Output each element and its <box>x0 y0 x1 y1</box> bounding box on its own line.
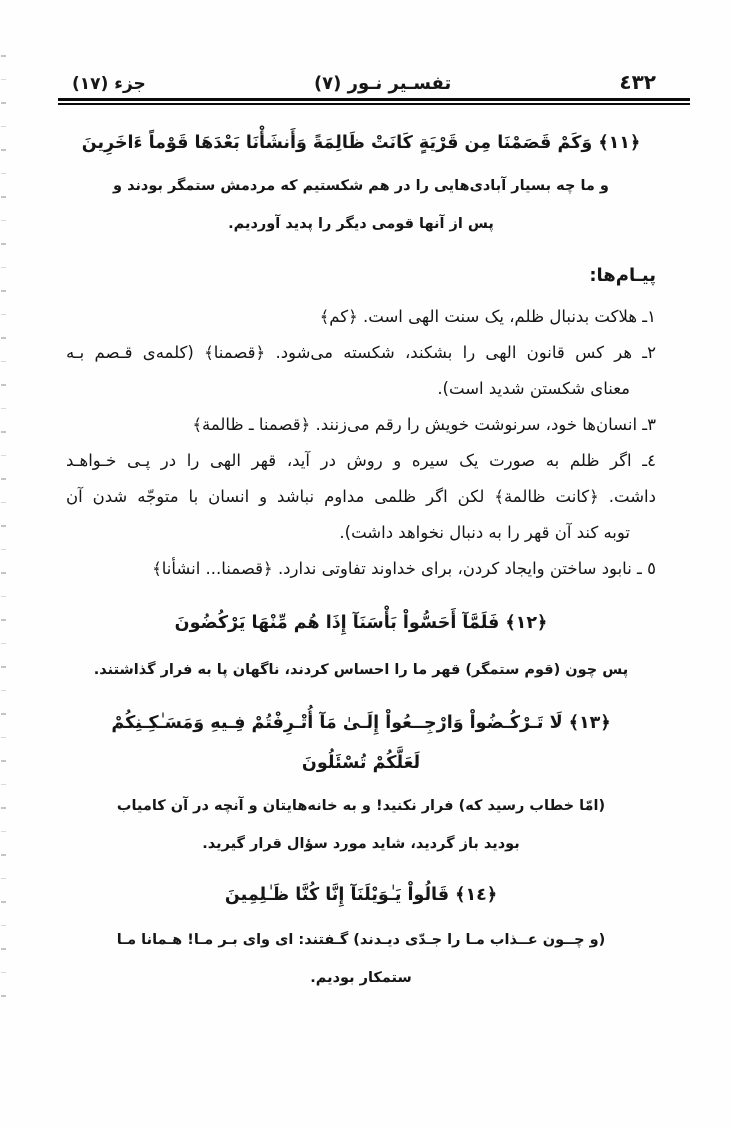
page-number: ٤٣٢ <box>619 70 656 94</box>
verse-line: ﴿١٣﴾ لَا تَـرْكُـضُواْ وَارْجِــعُواْ إِ… <box>66 703 656 743</box>
page-header: ٤٣٢ تفسـير نـور (٧) جزء (١٧) <box>0 0 730 98</box>
message-item-4: ٤ـ اگر ظلم به صورت یک سیره و روش در آید،… <box>66 443 656 551</box>
quran-verse-11: ﴿١١﴾ وَكَمْ قَصَمْنَا مِن قَرْيَةٍ كَانَ… <box>66 123 656 163</box>
message-item-5: ٥ ـ نابود ساختن وایجاد کردن، برای خداوند… <box>66 551 656 587</box>
message-line: توبه کند آن قهر را به دنبال نخواهد داشت)… <box>66 515 656 551</box>
quran-verse-12: ﴿١٢﴾ فَلَمَّآ أَحَسُّواْ بَأْسَنَآ إِذَا… <box>66 603 656 643</box>
translation-line: پس از آنها قومی دیگر را پدید آوردیم. <box>66 205 656 243</box>
verse-11-translation: و ما چه بسیار آبادی‌هایی را در هم شکستیم… <box>66 167 656 243</box>
translation-line: بودید باز گردید، شاید مورد سؤال قرار گیر… <box>66 825 656 863</box>
juz-label: جزء (١٧) <box>72 74 146 94</box>
translation-line: پس چون (قوم ستمگر) قهر ما را احساس کردند… <box>66 651 656 689</box>
message-item-3: ٣ـ انسان‌ها خود، سرنوشت خویش را رقم می‌ز… <box>66 407 656 443</box>
quran-verse-14: ﴿١٤﴾ قَالُواْ يَـٰوَيْلَنَآ إِنَّا كُنَّ… <box>66 875 656 915</box>
verse-line: ﴿١٢﴾ فَلَمَّآ أَحَسُّواْ بَأْسَنَآ إِذَا… <box>66 603 656 643</box>
message-line: ٢ـ هر کس قانون الهی را بشکند، شکسته می‌ش… <box>66 335 656 371</box>
message-line: ٣ـ انسان‌ها خود، سرنوشت خویش را رقم می‌ز… <box>66 407 656 443</box>
scanned-book-page: ٤٣٢ تفسـير نـور (٧) جزء (١٧) ﴿١١﴾ وَكَمْ… <box>0 0 730 1128</box>
translation-line: (و چــون عــذاب مـا را جـدّی دیـدند) گـف… <box>66 921 656 959</box>
verse-line: ﴿١٤﴾ قَالُواْ يَـٰوَيْلَنَآ إِنَّا كُنَّ… <box>66 875 656 915</box>
message-line: داشت. ﴿کانت ظالمة﴾ لکن اگر ظلمی مداوم نب… <box>66 479 656 515</box>
messages-heading: پیـام‌ها: <box>66 259 656 293</box>
scan-artifact-noise <box>1 55 6 1005</box>
verse-13-translation: (امّا خطاب رسید که) فرار نکنید! و به خان… <box>66 787 656 863</box>
message-line: ٤ـ اگر ظلم به صورت یک سیره و روش در آید،… <box>66 443 656 479</box>
translation-line: ستمکار بودیم. <box>66 959 656 997</box>
message-line: ١ـ هلاکت بدنبال ظلم، یک سنت الهی است. ﴿ک… <box>66 299 656 335</box>
quran-verse-13: ﴿١٣﴾ لَا تَـرْكُـضُواْ وَارْجِــعُواْ إِ… <box>66 703 656 783</box>
message-line: ٥ ـ نابود ساختن وایجاد کردن، برای خداوند… <box>66 551 656 587</box>
message-item-1: ١ـ هلاکت بدنبال ظلم، یک سنت الهی است. ﴿ک… <box>66 299 656 335</box>
heading-line: پیـام‌ها: <box>66 259 656 293</box>
verse-14-translation: (و چــون عــذاب مـا را جـدّی دیـدند) گـف… <box>66 921 656 997</box>
messages-list: ١ـ هلاکت بدنبال ظلم، یک سنت الهی است. ﴿ک… <box>66 299 656 587</box>
verse-12-translation: پس چون (قوم ستمگر) قهر ما را احساس کردند… <box>66 651 656 689</box>
translation-line: (امّا خطاب رسید که) فرار نکنید! و به خان… <box>66 787 656 825</box>
message-item-2: ٢ـ هر کس قانون الهی را بشکند، شکسته می‌ش… <box>66 335 656 407</box>
verse-line: ﴿١١﴾ وَكَمْ قَصَمْنَا مِن قَرْيَةٍ كَانَ… <box>66 123 656 163</box>
verse-line: لَعَلَّكُمْ تُسْئَلُونَ <box>66 743 656 783</box>
message-line: معنای شکستن شدید است). <box>66 371 656 407</box>
header-divider-rule <box>58 98 690 105</box>
book-title: تفسـير نـور (٧) <box>314 73 451 94</box>
page-body: ﴿١١﴾ وَكَمْ قَصَمْنَا مِن قَرْيَةٍ كَانَ… <box>0 123 730 997</box>
translation-line: و ما چه بسیار آبادی‌هایی را در هم شکستیم… <box>66 167 656 205</box>
